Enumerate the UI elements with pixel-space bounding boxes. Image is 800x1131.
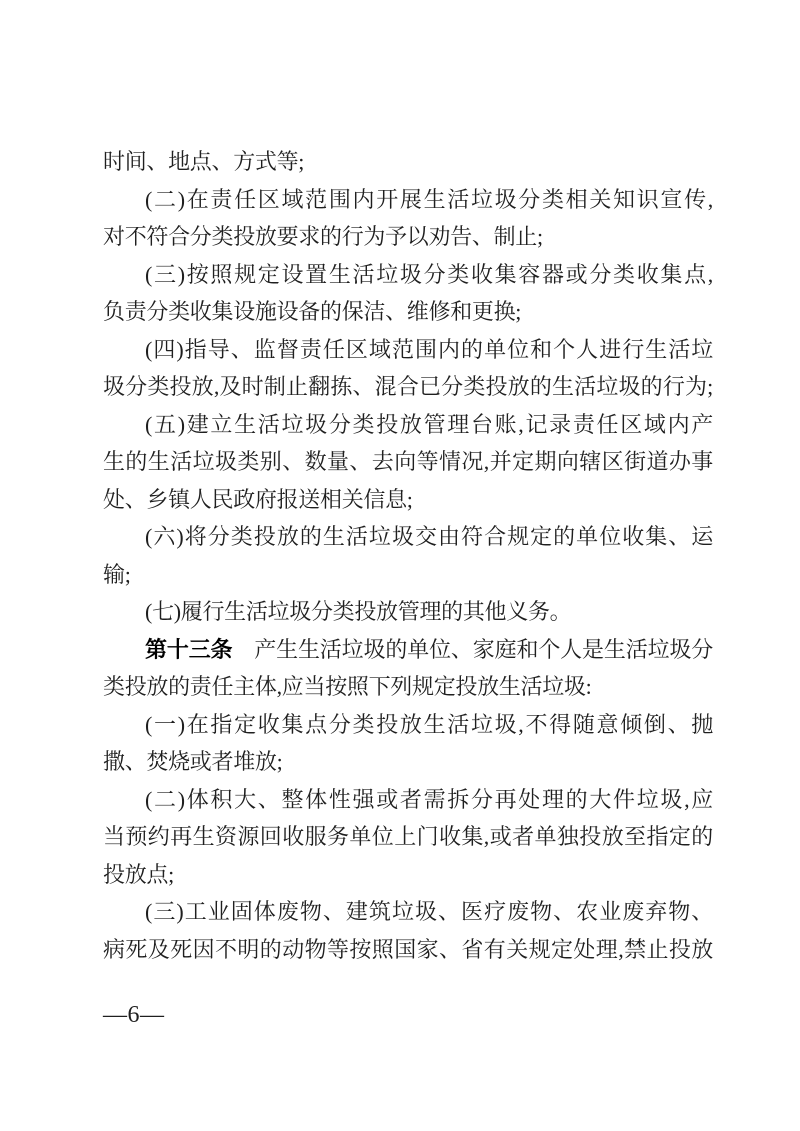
text-line: (五)建立生活垃圾分类投放管理台账,记录责任区域内产 bbox=[103, 406, 713, 444]
text-line: (一)在指定收集点分类投放生活垃圾,不得随意倾倒、抛 bbox=[103, 706, 713, 744]
text-line: (七)履行生活垃圾分类投放管理的其他义务。 bbox=[103, 593, 713, 631]
text-line: 负责分类收集设施设备的保洁、维修和更换; bbox=[103, 293, 713, 331]
text-line: 输; bbox=[103, 556, 713, 594]
page-number: —6— bbox=[103, 1002, 165, 1028]
text-line-article-13: 第十三条 产生生活垃圾的单位、家庭和个人是生活垃圾分 bbox=[103, 631, 713, 669]
document-page: 时间、地点、方式等; (二)在责任区域范围内开展生活垃圾分类相关知识宣传, 对不… bbox=[0, 0, 800, 1131]
text-line: 时间、地点、方式等; bbox=[103, 143, 713, 181]
text-line: 病死及死因不明的动物等按照国家、省有关规定处理,禁止投放 bbox=[103, 931, 713, 969]
page-footer: —6— bbox=[103, 1000, 165, 1030]
text-line: (三)工业固体废物、建筑垃圾、医疗废物、农业废弃物、 bbox=[103, 893, 713, 931]
text-line: (二)在责任区域范围内开展生活垃圾分类相关知识宣传, bbox=[103, 181, 713, 219]
text-line: 生的生活垃圾类别、数量、去向等情况,并定期向辖区街道办事 bbox=[103, 443, 713, 481]
text-line: 投放点; bbox=[103, 856, 713, 894]
text-line: 对不符合分类投放要求的行为予以劝告、制止; bbox=[103, 218, 713, 256]
text-line: (六)将分类投放的生活垃圾交由符合规定的单位收集、运 bbox=[103, 518, 713, 556]
text-line: 处、乡镇人民政府报送相关信息; bbox=[103, 481, 713, 519]
text-line: 撒、焚烧或者堆放; bbox=[103, 743, 713, 781]
document-body: 时间、地点、方式等; (二)在责任区域范围内开展生活垃圾分类相关知识宣传, 对不… bbox=[103, 143, 713, 968]
text-line: 类投放的责任主体,应当按照下列规定投放生活垃圾: bbox=[103, 668, 713, 706]
article-number: 第十三条 bbox=[145, 637, 232, 662]
article-text: 产生生活垃圾的单位、家庭和个人是生活垃圾分 bbox=[232, 637, 713, 662]
text-line: (三)按照规定设置生活垃圾分类收集容器或分类收集点, bbox=[103, 256, 713, 294]
text-line: 当预约再生资源回收服务单位上门收集,或者单独投放至指定的 bbox=[103, 818, 713, 856]
text-line: (四)指导、监督责任区域范围内的单位和个人进行生活垃 bbox=[103, 331, 713, 369]
text-line: 圾分类投放,及时制止翻拣、混合已分类投放的生活垃圾的行为; bbox=[103, 368, 713, 406]
text-line: (二)体积大、整体性强或者需拆分再处理的大件垃圾,应 bbox=[103, 781, 713, 819]
